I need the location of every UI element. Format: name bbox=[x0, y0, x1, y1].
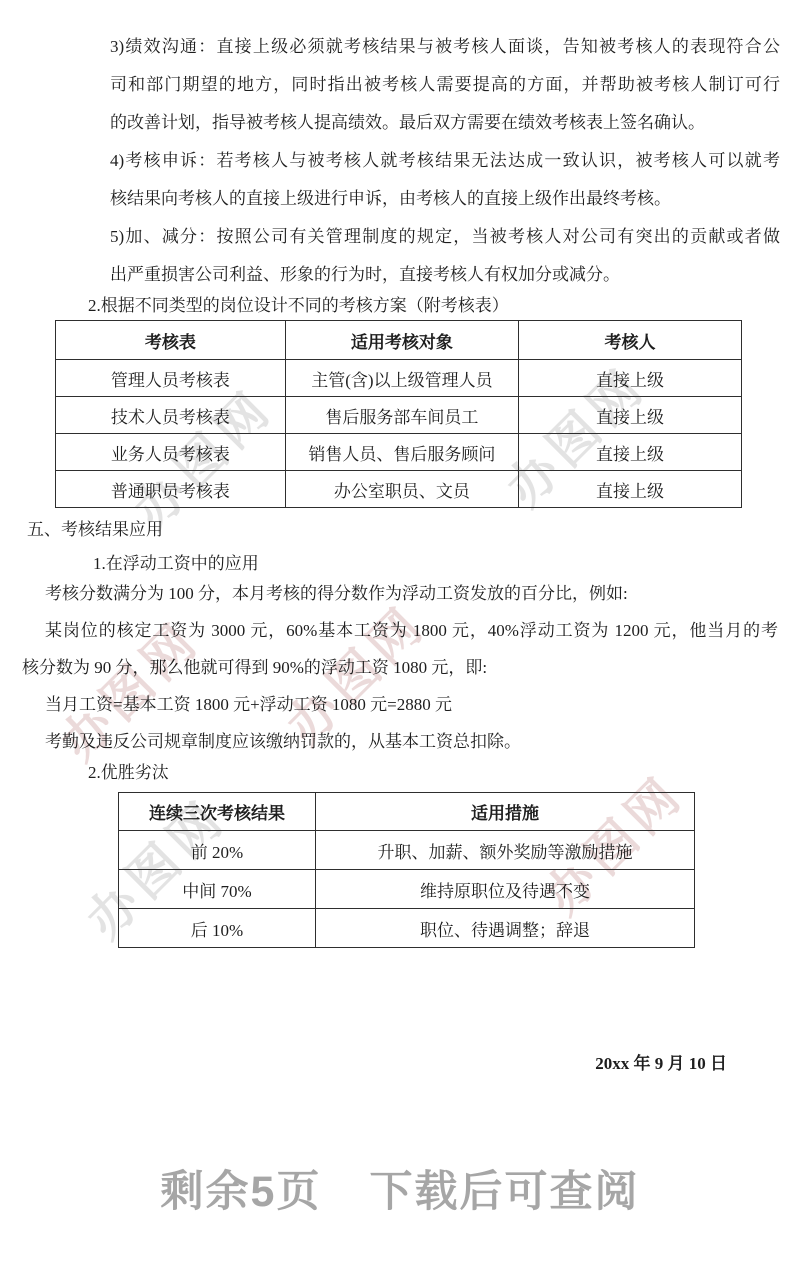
table-row: 前 20% 升职、加薪、额外奖励等激励措施 bbox=[119, 831, 695, 870]
paragraph-line: 出严重损害公司利益、形象的行为时，直接考核人有权加分或减分。 bbox=[110, 256, 780, 294]
section-heading-results-application: 五、考核结果应用 bbox=[27, 519, 800, 541]
table-cell: 后 10% bbox=[119, 909, 316, 948]
subheading-floating-wage: 1.在浮动工资中的应用 bbox=[93, 553, 800, 575]
body-line-example: 核分数为 90 分，那么他就可得到 90%的浮动工资 1080 元，即: bbox=[22, 649, 778, 686]
body-line-formula: 当月工资=基本工资 1800 元+浮动工资 1080 元=2880 元 bbox=[22, 686, 778, 723]
table-header-row: 连续三次考核结果 适用措施 bbox=[119, 793, 695, 831]
table-cell: 直接上级 bbox=[519, 397, 742, 434]
table-header-cell: 考核人 bbox=[519, 321, 742, 360]
table-cell: 办公室职员、文员 bbox=[285, 471, 518, 508]
paragraph-line: 核结果向考核人的直接上级进行申诉，由考核人的直接上级作出最终考核。 bbox=[110, 180, 780, 218]
table-row: 管理人员考核表 主管(含)以上级管理人员 直接上级 bbox=[56, 360, 742, 397]
table-header-cell: 连续三次考核结果 bbox=[119, 793, 316, 831]
paragraph-line: 5)加、减分：按照公司有关管理制度的规定，当被考核人对公司有突出的贡献或者做 bbox=[110, 218, 780, 256]
table-header-cell: 适用措施 bbox=[315, 793, 694, 831]
table-cell: 职位、待遇调整；辞退 bbox=[315, 909, 694, 948]
paragraph-line: 司和部门期望的地方，同时指出被考核人需要提高的方面，并帮助被考核人制订可行 bbox=[110, 66, 780, 104]
subheading-survival-of-fittest: 2.优胜劣汰 bbox=[88, 760, 800, 786]
paragraph-line: 的改善计划，指导被考核人提高绩效。最后双方需要在绩效考核表上签名确认。 bbox=[110, 104, 780, 142]
download-to-view-hint: 下载后可查阅 bbox=[369, 1168, 639, 1216]
table-cell: 直接上级 bbox=[519, 360, 742, 397]
body-line-deduction: 考勤及违反公司规章制度应该缴纳罚款的，从基本工资总扣除。 bbox=[22, 723, 778, 760]
remaining-pages-banner: 剩余5页下载后可查阅 bbox=[0, 1167, 800, 1217]
table-cell: 维持原职位及待遇不变 bbox=[315, 870, 694, 909]
table-row: 中间 70% 维持原职位及待遇不变 bbox=[119, 870, 695, 909]
numbered-items-block: 3)绩效沟通：直接上级必须就考核结果与被考核人面谈，告知被考核人的表现符合公 司… bbox=[110, 28, 780, 294]
table-cell: 前 20% bbox=[119, 831, 316, 870]
paragraph-line: 4)考核申诉：若考核人与被考核人就考核结果无法达成一致认识，被考核人可以就考 bbox=[110, 142, 780, 180]
table-row: 后 10% 职位、待遇调整；辞退 bbox=[119, 909, 695, 948]
remaining-pages-count: 剩余5页 bbox=[161, 1168, 322, 1216]
table-cell: 业务人员考核表 bbox=[56, 434, 286, 471]
table-header-row: 考核表 适用考核对象 考核人 bbox=[56, 321, 742, 360]
paragraph-line: 3)绩效沟通：直接上级必须就考核结果与被考核人面谈，告知被考核人的表现符合公 bbox=[110, 28, 780, 66]
table-cell: 管理人员考核表 bbox=[56, 360, 286, 397]
measures-table: 连续三次考核结果 适用措施 前 20% 升职、加薪、额外奖励等激励措施 中间 7… bbox=[118, 792, 695, 948]
table-cell: 直接上级 bbox=[519, 434, 742, 471]
table-cell: 销售人员、售后服务顾问 bbox=[285, 434, 518, 471]
document-page: 办图网 办图网 办图网 办图网 办图网 办图网 3)绩效沟通：直接上级必须就考核… bbox=[0, 0, 800, 1263]
table-cell: 主管(含)以上级管理人员 bbox=[285, 360, 518, 397]
table-row: 普通职员考核表 办公室职员、文员 直接上级 bbox=[56, 471, 742, 508]
table-header-cell: 考核表 bbox=[56, 321, 286, 360]
table-row: 技术人员考核表 售后服务部车间员工 直接上级 bbox=[56, 397, 742, 434]
body-line-fullscore: 考核分数满分为 100 分，本月考核的得分数作为浮动工资发放的百分比，例如: bbox=[22, 575, 778, 612]
table-cell: 普通职员考核表 bbox=[56, 471, 286, 508]
table-cell: 中间 70% bbox=[119, 870, 316, 909]
table-row: 业务人员考核表 销售人员、售后服务顾问 直接上级 bbox=[56, 434, 742, 471]
table-cell: 升职、加薪、额外奖励等激励措施 bbox=[315, 831, 694, 870]
document-date: 20xx 年 9 月 10 日 bbox=[0, 1052, 800, 1076]
table-header-cell: 适用考核对象 bbox=[285, 321, 518, 360]
assessment-forms-table: 考核表 适用考核对象 考核人 管理人员考核表 主管(含)以上级管理人员 直接上级… bbox=[55, 320, 742, 508]
heading-assessment-schemes: 2.根据不同类型的岗位设计不同的考核方案（附考核表） bbox=[88, 294, 800, 318]
table-cell: 售后服务部车间员工 bbox=[285, 397, 518, 434]
table-cell: 技术人员考核表 bbox=[56, 397, 286, 434]
table-cell: 直接上级 bbox=[519, 471, 742, 508]
body-line-example: 某岗位的核定工资为 3000 元，60%基本工资为 1800 元，40%浮动工资… bbox=[22, 612, 778, 649]
